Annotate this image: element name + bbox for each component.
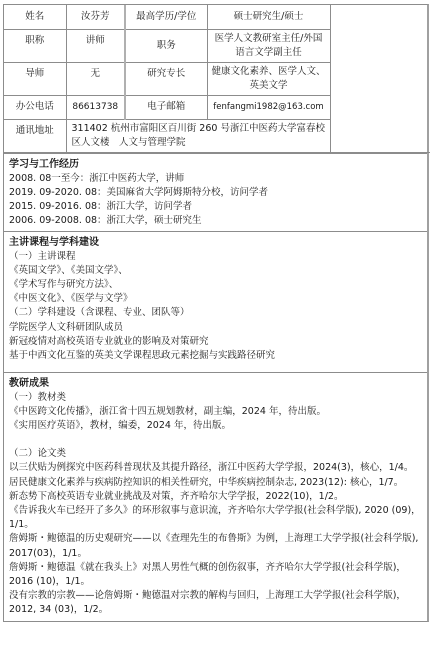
course-item: 《学术写作与研究方法》、 <box>9 278 422 292</box>
textbook-item: 《中医跨文化传播》，浙江省十四五规划教材，副主编，2024 年，待出版。 <box>9 405 422 419</box>
courses-section: 主讲课程与学科建设 （一）主讲课程 《英国文学》、《美国文学》、 《学术写作与研… <box>4 231 427 372</box>
position-value: 医学人文教研室主任/外国语言文学副主任 <box>207 29 330 62</box>
name-label: 姓名 <box>4 5 66 29</box>
courses-title: 主讲课程与学科建设 <box>9 235 422 250</box>
experience-item: 2019. 09-2020. 08：美国麻省大学阿姆斯特分校，访问学者 <box>9 186 422 200</box>
experience-item: 2008. 08一至今：浙江中医药大学，讲师 <box>9 172 422 186</box>
advisor-label: 导师 <box>4 62 66 95</box>
paper-item: 《告诉我火车已经开了多久》的环形叙事与意识流，齐齐哈尔大学学报(社会科学版), … <box>9 504 422 532</box>
research-value: 健康文化素养、医学人文、英美文学 <box>207 62 330 95</box>
profile-document: 姓名 汝芬芳 最高学历/学位 硕士研究生/硕士 职称 讲师 职务 医学人文教研室… <box>3 4 429 622</box>
name-value: 汝芬芳 <box>66 5 125 29</box>
research-title: 教研成果 <box>9 376 422 391</box>
degree-value: 硕士研究生/硕士 <box>207 5 330 29</box>
email-label: 电子邮箱 <box>125 95 207 119</box>
discipline-item: 基于中西文化互鉴的英美文学课程思政元素挖掘与实践路径研究 <box>9 349 422 363</box>
papers-subheading: （二）论文类 <box>9 447 422 461</box>
paper-item: 没有宗教的宗教——论詹姆斯・鲍德温对宗教的解构与回归，上海理工大学学报(社会科学… <box>9 589 422 617</box>
position-label: 职务 <box>125 29 207 62</box>
course-item: 《中医文化》、《医学与文学》 <box>9 292 422 306</box>
course-item: 《英国文学》、《美国文学》、 <box>9 264 422 278</box>
address-value: 311402 杭州市富阳区百川街 260 号浙江中医药大学富春校区人文楼 人文与… <box>66 119 330 152</box>
experience-item: 2006. 09-2008. 08：浙江大学，硕士研究生 <box>9 214 422 228</box>
spacer <box>9 433 422 447</box>
discipline-subheading: （二）学科建设（含课程、专业、团队等） <box>9 306 422 320</box>
discipline-item: 学院医学人文科研团队成员 <box>9 321 422 335</box>
phone-label: 办公电话 <box>4 95 66 119</box>
advisor-value: 无 <box>66 62 125 95</box>
textbook-item: 《实用医疗英语》，教材，编委，2024 年，待出版。 <box>9 419 422 433</box>
profile-info-table: 姓名 汝芬芳 最高学历/学位 硕士研究生/硕士 职称 讲师 职务 医学人文教研室… <box>4 5 430 153</box>
title-value: 讲师 <box>66 29 125 62</box>
email-value: fenfangmi1982@163.com <box>207 95 330 119</box>
experience-item: 2015. 09-2016. 08：浙江大学，访问学者 <box>9 200 422 214</box>
research-section: 教研成果 （一）教材类 《中医跨文化传播》，浙江省十四五规划教材，副主编，202… <box>4 372 427 621</box>
photo-placeholder <box>330 5 430 152</box>
degree-label: 最高学历/学位 <box>125 5 207 29</box>
experience-section: 学习与工作经历 2008. 08一至今：浙江中医药大学，讲师 2019. 09-… <box>4 153 427 231</box>
experience-title: 学习与工作经历 <box>9 157 422 172</box>
paper-item: 居民健康文化素养与疾病防控知识的相关性研究，中华疾病控制杂志, 2023(12)… <box>9 476 422 490</box>
phone-value: 86613738 <box>66 95 125 119</box>
paper-item: 以三伏贴为例探究中医药科普现状及其提升路径，浙江中医药大学学报，2024(3)，… <box>9 461 422 475</box>
courses-subheading: （一）主讲课程 <box>9 250 422 264</box>
research-label: 研究专长 <box>125 62 207 95</box>
title-label: 职称 <box>4 29 66 62</box>
paper-item: 新态势下高校英语专业就业挑战及对策，齐齐哈尔大学学报，2022(10)，1/2。 <box>9 490 422 504</box>
address-label: 通讯地址 <box>4 119 66 152</box>
paper-item: 詹姆斯・鲍德温的历史观研究——以《查理先生的布鲁斯》为例，上海理工大学学报(社会… <box>9 532 422 560</box>
textbooks-subheading: （一）教材类 <box>9 391 422 405</box>
discipline-item: 新冠疫情对高校英语专业就业的影响及对策研究 <box>9 335 422 349</box>
paper-item: 詹姆斯・鲍德温《就在我头上》对黑人男性气概的创伤叙事，齐齐哈尔大学学报(社会科学… <box>9 561 422 589</box>
